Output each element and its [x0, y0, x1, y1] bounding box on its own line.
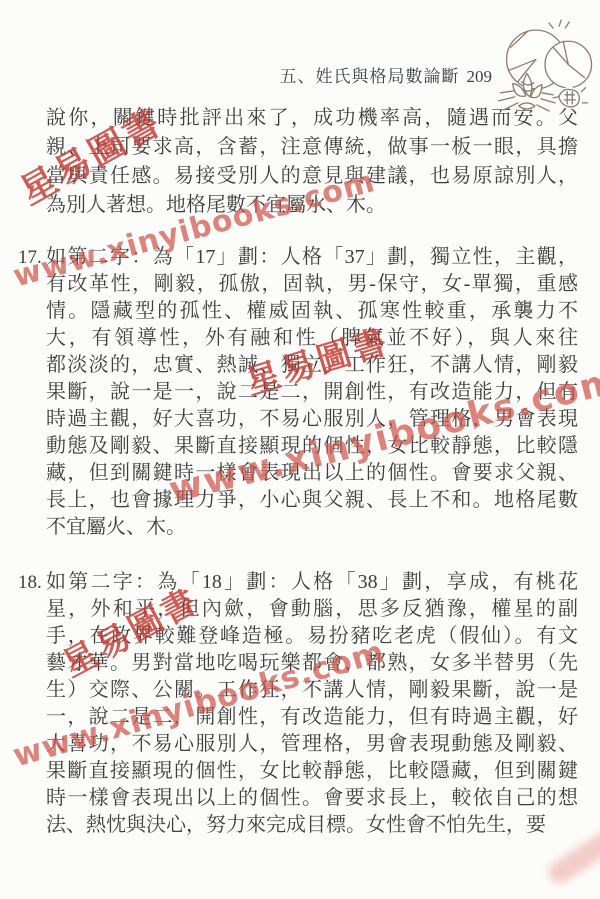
text-line: 都淡淡的，忠實、熱誠、獨立。工作狂，不講人情，剛毅 — [46, 352, 578, 379]
text-line: 一，說二是二，開創性，有改造能力，但有時過主觀，好 — [46, 704, 578, 731]
intro-paragraph: 說你，關鍵時批評出來了，成功機率高，隨遇而安。父親、上司要求高，含蓄，注意傳統，… — [46, 104, 578, 220]
text-line: 動態及剛毅、果斷直接顯現的個性，女比較靜態，比較隱 — [46, 433, 578, 460]
item-18-text: 如第二字：為「18」劃：人格「38」劃，享成，有桃花星，外和平，但內歛，會動腦，… — [46, 569, 578, 839]
text-line: 有改革性，剛毅，孤傲，固執，男-保守，女-單獨，重感 — [46, 271, 578, 298]
text-line: 藝才華。男對當地吃喝玩樂都會，都熟，女多半替男（先 — [46, 650, 578, 677]
list-item-17: 17. 如第二字：為「17」劃：人格「37」劃，獨立性，主觀，有改革性，剛毅，孤… — [16, 244, 582, 541]
text-line: 時過主觀，好大喜功，不易心服別人，管理格，男會表現 — [46, 406, 578, 433]
text-line: 大喜功，不易心服別人，管理格，男會表現動態及剛毅、 — [46, 731, 578, 758]
text-line: 不宜屬火、木。 — [46, 514, 578, 541]
item-17-text: 如第二字：為「17」劃：人格「37」劃，獨立性，主觀，有改革性，剛毅，孤傲，固執… — [46, 244, 578, 541]
text-line: 法、熱忱與決心，努力來完成目標。女性會不怕先生，要 — [46, 812, 578, 839]
text-line: 情。隱藏型的孤性、權威固執、孤寒性較重，承襲力不 — [46, 298, 578, 325]
sparkle-lines — [549, 20, 569, 28]
lotus-illustration — [488, 18, 600, 112]
text-line: 手，在政界較難登峰造極。易扮豬吃老虎（假仙）。有文 — [46, 623, 578, 650]
text-line: 星，外和平，但內歛，會動腦，思多反猶豫，權星的副 — [46, 596, 578, 623]
book-page: 五、姓氏與格局數論斷209 說你，關鍵時批評出來了，成功機率高，隨遇而安。父親、… — [0, 0, 600, 899]
text-line: 親、上司要求高，含蓄，注意傳統，做事一板一眼，具擔 — [46, 133, 578, 162]
text-line: 當與責任感。易接受別人的意見與建議，也易原諒別人， — [46, 162, 578, 191]
lotus-flower-small — [553, 87, 587, 109]
page-header: 五、姓氏與格局數論斷209 — [258, 62, 492, 87]
text-line: 果斷，說一是一，說二是二，開創性，有改造能力，但有 — [46, 379, 578, 406]
text-line: 大，有領導性，外有融和性（脾氣並不好），與人來往 — [46, 325, 578, 352]
text-line: 為別人著想。地格尾數不宜屬水、木。 — [46, 191, 578, 220]
item-number-17: 17. — [18, 244, 42, 271]
text-line: 如第二字：為「17」劃：人格「37」劃，獨立性，主觀， — [46, 244, 578, 271]
text-line: 長上，也會據理力爭，小心與父親、長上不和。地格尾數 — [46, 487, 578, 514]
text-line: 生）交際、公關。工作狂，不講人情，剛毅果斷，說一是 — [46, 677, 578, 704]
text-line: 如第二字：為「18」劃：人格「38」劃，享成，有桃花 — [46, 569, 578, 596]
item-number-18: 18. — [18, 569, 42, 596]
text-line: 果斷直接顯現的個性，女比較靜態，比較隱藏，但到關鍵 — [46, 758, 578, 785]
text-line: 時一樣會表現出以上的個性。會要求長上，較依自己的想 — [46, 785, 578, 812]
list-item-18: 18. 如第二字：為「18」劃：人格「38」劃，享成，有桃花星，外和平，但內歛，… — [16, 569, 582, 839]
section-title: 五、姓氏與格局數論斷 — [280, 67, 460, 86]
text-line: 藏，但到關鍵時一樣會表現出以上的個性。會要求父親、 — [46, 460, 578, 487]
